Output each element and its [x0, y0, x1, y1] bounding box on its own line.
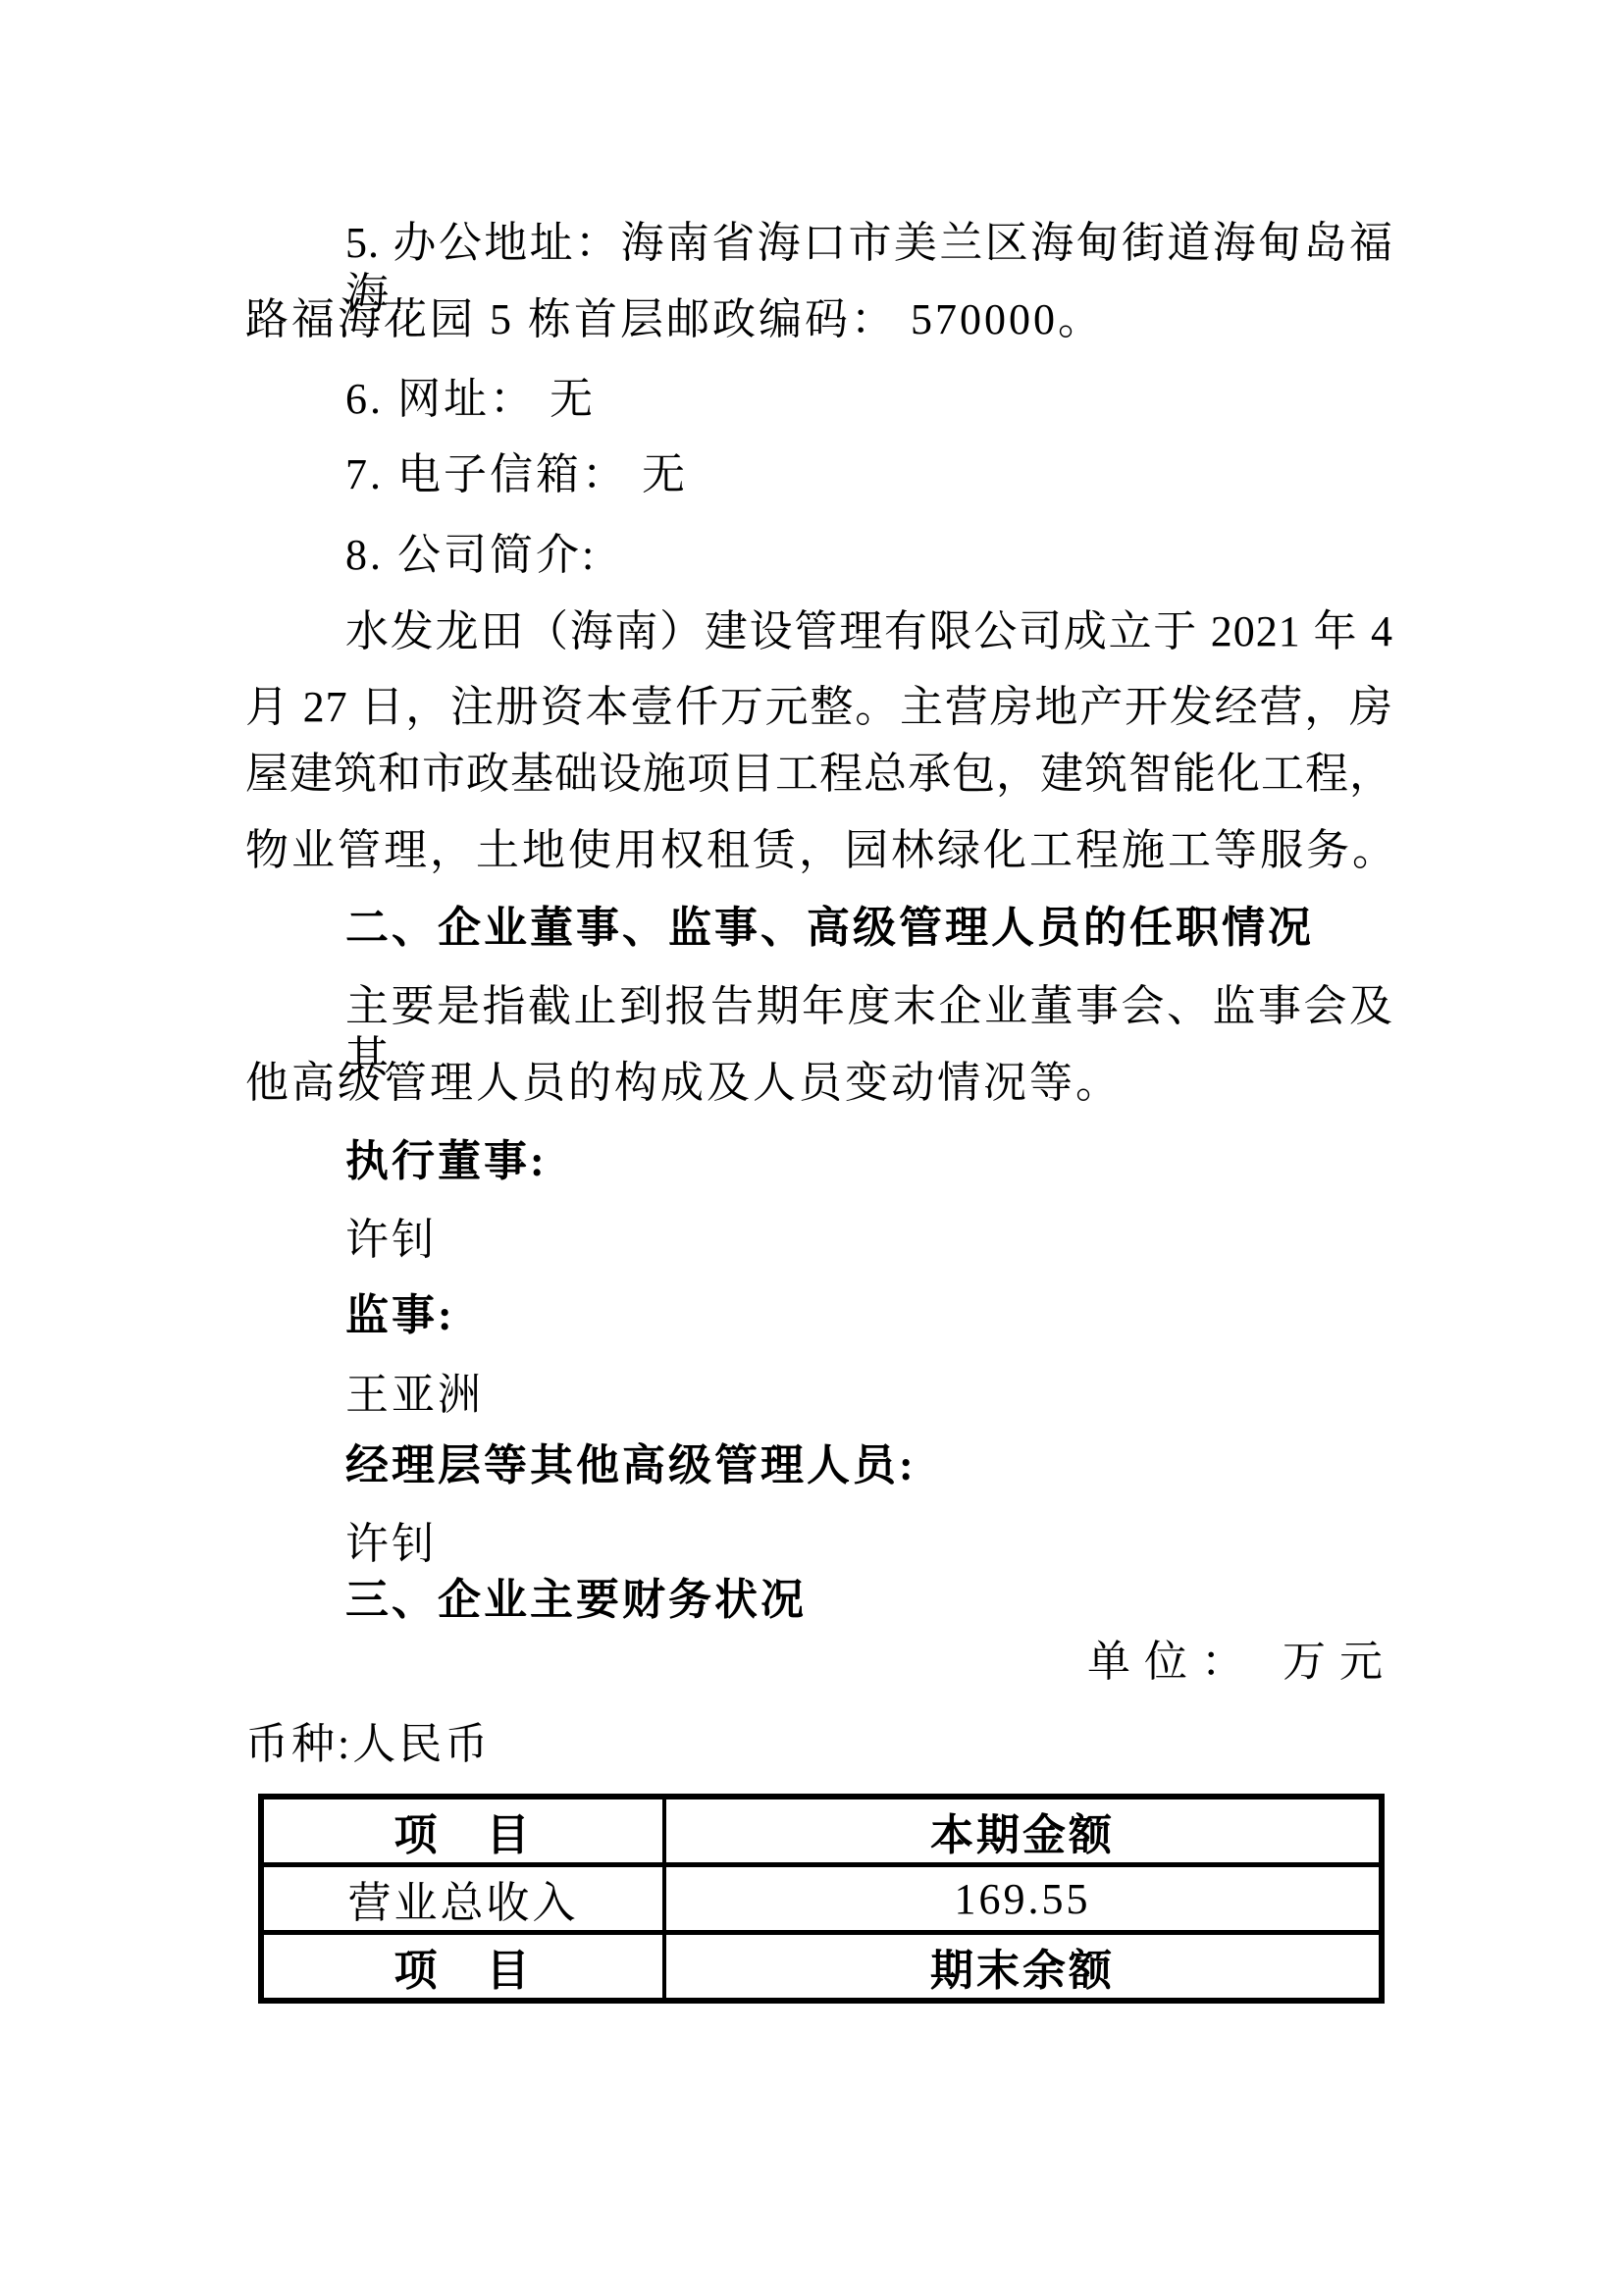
- text-line-section2-intro-2: 他高级管理人员的构成及人员变动情况等。: [245, 1058, 1122, 1109]
- text-line-email: 7. 电子信箱： 无: [345, 449, 688, 500]
- item-header-cell-2: 项 目: [261, 1933, 664, 2002]
- label-senior-management: 经理层等其他高级管理人员:: [345, 1440, 917, 1491]
- label-supervisor: 监事:: [345, 1290, 455, 1341]
- table-row-revenue: 营业总收入 169.55: [261, 1865, 1382, 1933]
- ending-balance-header-cell: 期末余额: [664, 1933, 1382, 2002]
- unit-note: 单位： 万元: [1087, 1637, 1396, 1688]
- value-supervisor-name: 王亚洲: [345, 1370, 484, 1421]
- text-line-website: 6. 网址： 无: [345, 374, 596, 425]
- text-line-profile-2: 月 27 日，注册资本壹仟万元整。主营房地产开发经营，房: [245, 682, 1393, 733]
- label-executive-director: 执行董事:: [345, 1136, 548, 1187]
- table-row-header-current: 项 目 本期金额: [261, 1797, 1382, 1865]
- item-header-cell: 项 目: [261, 1797, 664, 1865]
- financial-table: 项 目 本期金额 营业总收入 169.55 项 目 期末余额: [258, 1794, 1385, 2004]
- text-line-profile-4: 物业管理，土地使用权租赁，园林绿化工程施工等服务。: [245, 825, 1398, 876]
- current-amount-header-cell: 本期金额: [664, 1797, 1382, 1865]
- currency-note: 币种:人民币: [245, 1719, 491, 1770]
- section-heading-2: 二、企业董事、监事、高级管理人员的任职情况: [345, 903, 1314, 954]
- text-line-company-profile: 8. 公司简介:: [345, 530, 597, 581]
- revenue-item-cell: 营业总收入: [261, 1865, 664, 1933]
- text-line-profile-3: 屋建筑和市政基础设施项目工程总承包，建筑智能化工程，: [245, 749, 1393, 800]
- section-heading-3: 三、企业主要财务状况: [345, 1575, 807, 1626]
- value-senior-management-name: 许钊: [345, 1519, 438, 1570]
- value-executive-director-name: 许钊: [345, 1215, 438, 1266]
- text-line-address-cont: 路福海花园 5 栋首层邮政编码： 570000。: [245, 294, 1104, 345]
- revenue-value-cell: 169.55: [664, 1865, 1382, 1933]
- text-line-profile-1: 水发龙田（海南）建设管理有限公司成立于 2021 年 4: [345, 606, 1393, 657]
- table-row-header-ending: 项 目 期末余额: [261, 1933, 1382, 2002]
- document-page: 5. 办公地址：海南省海口市美兰区海甸街道海甸岛福海 路福海花园 5 栋首层邮政…: [0, 0, 1624, 2295]
